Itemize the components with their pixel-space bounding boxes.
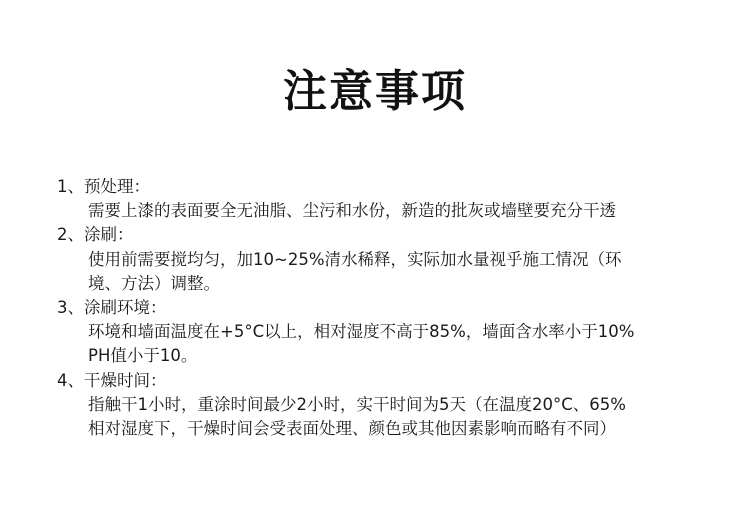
section-heading: 3、涂刷环境： <box>57 296 707 320</box>
section-pretreatment: 1、预处理： 需要上漆的表面要全无油脂、尘污和水份，新造的批灰或墙壁要充分干透 <box>57 175 707 223</box>
section-environment: 3、涂刷环境： 环境和墙面温度在+5°C以上，相对湿度不高于85%，墙面含水率小… <box>57 296 707 369</box>
section-heading: 4、干燥时间： <box>57 369 707 393</box>
section-drying-time: 4、干燥时间： 指触干1小时，重涂时间最少2小时，实干时间为5天（在温度20°C… <box>57 369 707 442</box>
notes-list: 1、预处理： 需要上漆的表面要全无油脂、尘污和水份，新造的批灰或墙壁要充分干透 … <box>57 175 707 441</box>
section-text: 需要上漆的表面要全无油脂、尘污和水份，新造的批灰或墙壁要充分干透 <box>57 199 707 223</box>
section-text: 境、方法）调整。 <box>57 272 707 296</box>
section-brushing: 2、涂刷： 使用前需要搅均匀，加10~25%清水稀释，实际加水量视乎施工情况（环… <box>57 223 707 296</box>
section-text: PH值小于10。 <box>57 344 707 368</box>
section-heading: 1、预处理： <box>57 175 707 199</box>
section-text: 使用前需要搅均匀，加10~25%清水稀释，实际加水量视乎施工情况（环 <box>57 248 707 272</box>
section-text: 相对湿度下，干燥时间会受表面处理、颜色或其他因素影响而略有不同） <box>57 417 707 441</box>
section-text: 环境和墙面温度在+5°C以上，相对湿度不高于85%，墙面含水率小于10% <box>57 320 707 344</box>
section-text: 指触干1小时，重涂时间最少2小时，实干时间为5天（在温度20°C、65% <box>57 393 707 417</box>
section-heading: 2、涂刷： <box>57 223 707 247</box>
page-title: 注意事项 <box>0 62 750 122</box>
